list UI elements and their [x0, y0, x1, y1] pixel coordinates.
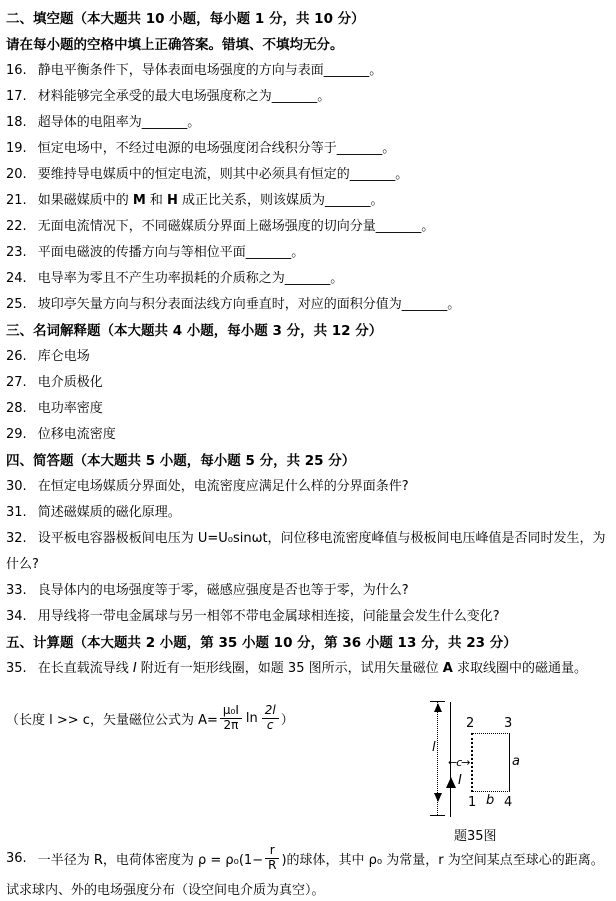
formula-prefix: （长度 l >> c，矢量磁位公式为 A= — [6, 709, 218, 728]
question-text: 超导体的电阻率为_______。 — [38, 115, 201, 130]
current-direction-arrow-icon — [446, 777, 456, 788]
question-25: 25.坡印亭矢量方向与积分表面法线方向垂直时，对应的面积分值为_______。 — [6, 292, 608, 318]
question-text: 如果磁媒质中的 — [38, 193, 133, 208]
question-26: 26.库仑电场 — [6, 344, 608, 370]
fraction-denominator: 2π — [220, 718, 242, 732]
question-number: 32. — [6, 531, 27, 546]
vector-m-symbol: M — [133, 193, 146, 208]
question-text: 电功率密度 — [38, 401, 103, 416]
question-number: 36. — [6, 851, 27, 866]
question-number: 34. — [6, 609, 27, 624]
question-35: 35.在长直载流导线 I 附近有一矩形线圈，如题 35 图所示，试用矢量磁位 A… — [6, 656, 608, 682]
question-text: 平面电磁波的传播方向与等相位平面_______。 — [38, 245, 305, 260]
fraction-2l-over-c: 2lc — [262, 704, 279, 731]
section-2-instructions: 请在每小题的空格中填上正确答案。错填、不填均无分。 — [6, 32, 608, 58]
question-text: 成正比关系，则该媒质为_______。 — [178, 193, 384, 208]
section-2-heading: 二、填空题（本大题共 10 小题，每小题 1 分，共 10 分） — [6, 6, 608, 32]
question-number: 18. — [6, 115, 27, 130]
question-22: 22.无面电流情况下，不同磁媒质分界面上磁场强度的切向分量_______。 — [6, 214, 608, 240]
question-number: 33. — [6, 583, 27, 598]
fraction-numerator: r — [265, 844, 279, 857]
question-23: 23.平面电磁波的传播方向与等相位平面_______。 — [6, 240, 608, 266]
question-number: 30. — [6, 479, 27, 494]
gap-dimension-label: ←c→ — [448, 756, 469, 769]
ln-operator: ln — [246, 711, 258, 726]
vector-h-symbol: H — [167, 193, 178, 208]
question-number: 35. — [6, 661, 27, 676]
question-number: 22. — [6, 219, 27, 234]
question-number: 24. — [6, 271, 27, 286]
question-text: 电导率为零且不产生功率损耗的介质称之为_______。 — [38, 271, 344, 286]
fraction-denominator: c — [262, 718, 279, 732]
loop-width-label: b — [486, 793, 494, 808]
question-33: 33.良导体内的电场强度等于零，磁感应强度是否也等于零，为什么? — [6, 578, 608, 604]
question-20: 20.要维持导电媒质中的恒定电流，则其中必须具有恒定的_______。 — [6, 162, 608, 188]
question-34: 34.用导线将一带电金属球与另一相邻不带电金属球相连接，问能量会发生什么变化? — [6, 604, 608, 630]
fraction-denominator: R — [265, 858, 279, 872]
loop-corner-3: 3 — [504, 716, 512, 731]
question-28: 28.电功率密度 — [6, 396, 608, 422]
question-text: 材料能够完全承受的最大电场强度称之为_______。 — [38, 89, 331, 104]
question-text: 一半径为 R，电荷体密度为 ρ = ρ₀(1− — [38, 849, 263, 868]
length-label: l — [432, 742, 436, 754]
question-text: 库仑电场 — [38, 349, 90, 364]
question-number: 19. — [6, 141, 27, 156]
question-number: 31. — [6, 505, 27, 520]
exam-page: { "doc": { "s2": { "heading": "二、填空题（本大题… — [0, 0, 616, 901]
question-36-continued: 试求球内、外的电场强度分布（设空间电介质为真空）。 — [6, 878, 608, 901]
question-32: 32.设平板电容器极板间电压为 U=U₀sinωt，问位移电流密度峰值与极板间电… — [6, 526, 608, 578]
question-text: 在长直载流导线 — [38, 661, 133, 676]
question-text: 良导体内的电场强度等于零，磁感应强度是否也等于零，为什么? — [38, 583, 409, 598]
section-5-heading: 五、计算题（本大题共 2 小题，第 35 小题 10 分，第 36 小题 13 … — [6, 630, 608, 656]
loop-height-label: a — [512, 754, 520, 769]
question-number: 20. — [6, 167, 27, 182]
loop-corner-4: 4 — [504, 795, 512, 810]
question-text: 在恒定电场媒质分界面处，电流密度应满足什么样的分界面条件? — [38, 479, 409, 494]
figure-caption: 题35图 — [454, 825, 497, 844]
question-number: 26. — [6, 349, 27, 364]
arrow-up-icon — [434, 703, 442, 712]
question-30: 30.在恒定电场媒质分界面处，电流密度应满足什么样的分界面条件? — [6, 474, 608, 500]
dimension-end-bar — [430, 815, 445, 816]
question-text: 简述磁媒质的磁化原理。 — [38, 505, 181, 520]
current-label: I — [458, 773, 462, 788]
question-text: 附近有一矩形线圈，如题 35 图所示，试用矢量磁位 — [137, 661, 443, 676]
question-text: 和 — [146, 193, 167, 208]
question-19: 19.恒定电场中，不经过电源的电场强度闭合线积分等于_______。 — [6, 136, 608, 162]
question-31: 31.简述磁媒质的磁化原理。 — [6, 500, 608, 526]
arrow-down-icon — [434, 793, 442, 802]
question-18: 18.超导体的电阻率为_______。 — [6, 110, 608, 136]
question-number: 25. — [6, 297, 27, 312]
loop-corner-1: 1 — [468, 795, 476, 810]
rectangular-loop — [471, 733, 510, 792]
question-text: 设平板电容器极板间电压为 U=U₀sinωt，问位移电流密度峰值与极板间电压峰值… — [6, 531, 606, 572]
question-text: 恒定电场中，不经过电源的电场强度闭合线积分等于_______。 — [38, 141, 396, 156]
fraction-r-over-R: rR — [265, 844, 279, 871]
question-21: 21.如果磁媒质中的 M 和 H 成正比关系，则该媒质为_______。 — [6, 188, 608, 214]
section-4-heading: 四、简答题（本大题共 5 小题，每小题 5 分，共 25 分） — [6, 448, 608, 474]
question-number: 17. — [6, 89, 27, 104]
question-text: 位移电流密度 — [38, 427, 116, 442]
vector-potential-symbol: A — [443, 661, 453, 676]
question-number: 16. — [6, 63, 27, 78]
question-number: 27. — [6, 375, 27, 390]
question-text: 无面电流情况下，不同磁媒质分界面上磁场强度的切向分量_______。 — [38, 219, 435, 234]
fraction-numerator: 2l — [262, 704, 279, 717]
fraction-numerator: μ₀I — [220, 704, 242, 717]
question-number: 29. — [6, 427, 27, 442]
question-29: 29.位移电流密度 — [6, 422, 608, 448]
question-text: 用导线将一带电金属球与另一相邻不带电金属球相连接，问能量会发生什么变化? — [38, 609, 500, 624]
question-number: 23. — [6, 245, 27, 260]
fraction-mu0I-over-2pi: μ₀I2π — [220, 704, 242, 731]
question-16: 16.静电平衡条件下，导体表面电场强度的方向与表面_______。 — [6, 58, 608, 84]
question-text: 求取线圈中的磁通量。 — [453, 661, 587, 676]
figure-problem-35: l I ←c→ 2 3 1 4 a b 题35图 — [424, 690, 599, 855]
question-text: 坡印亭矢量方向与积分表面法线方向垂直时，对应的面积分值为_______。 — [38, 297, 461, 312]
question-17: 17.材料能够完全承受的最大电场强度称之为_______。 — [6, 84, 608, 110]
loop-corner-2: 2 — [466, 716, 474, 731]
question-24: 24.电导率为零且不产生功率损耗的介质称之为_______。 — [6, 266, 608, 292]
question-number: 21. — [6, 193, 27, 208]
section-3-heading: 三、名词解释题（本大题共 4 小题，每小题 3 分，共 12 分） — [6, 318, 608, 344]
question-27: 27.电介质极化 — [6, 370, 608, 396]
question-number: 28. — [6, 401, 27, 416]
question-text: 电介质极化 — [38, 375, 103, 390]
question-text: 静电平衡条件下，导体表面电场强度的方向与表面_______。 — [38, 63, 383, 78]
question-text: 要维持导电媒质中的恒定电流，则其中必须具有恒定的_______。 — [38, 167, 409, 182]
formula-suffix: ） — [281, 709, 294, 728]
